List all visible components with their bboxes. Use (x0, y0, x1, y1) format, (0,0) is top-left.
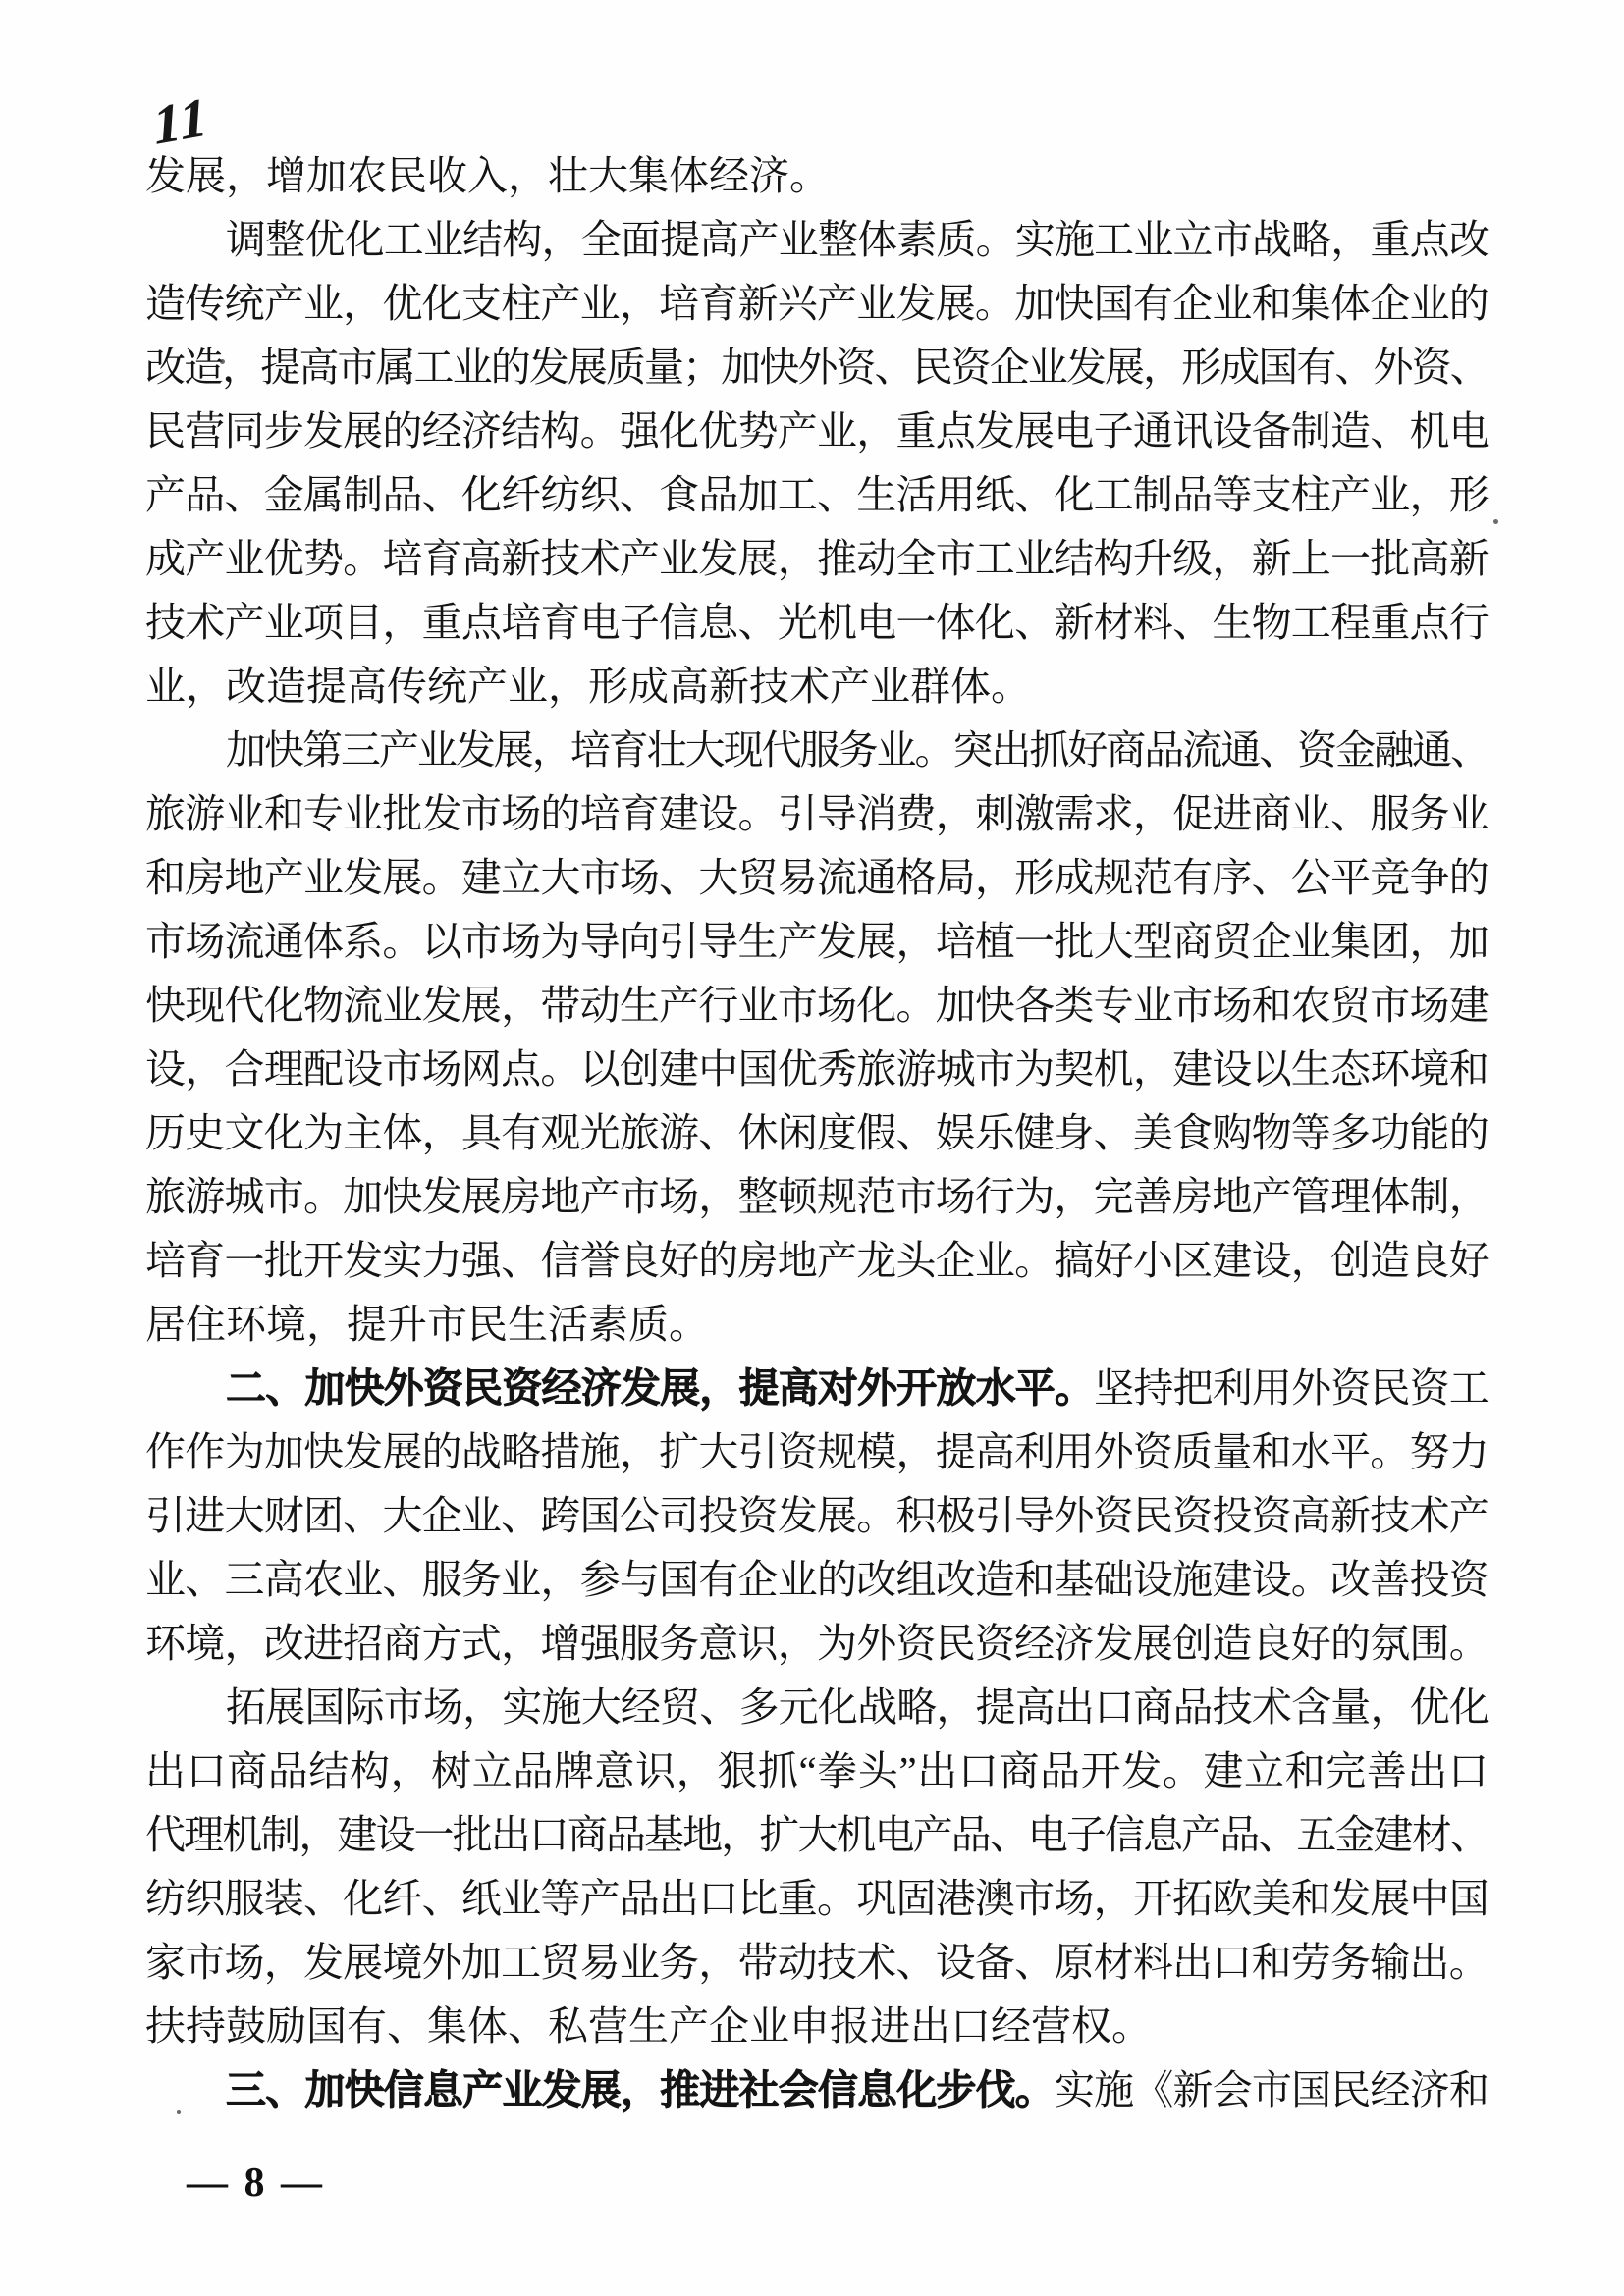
text-line: 出口商品结构，树立品牌意识，狠抓“拳头”出口商品开发。建立和完善出口 (145, 1739, 1489, 1803)
text-line: 纺织服装、化纤、纸业等产品出口比重。巩固港澳市场，开拓欧美和发展中国 (145, 1867, 1489, 1931)
text-line: 业、三高农业、服务业，参与国有企业的改组改造和基础设施建设。改善投资 (145, 1548, 1489, 1612)
document-body: 发展，增加农民收入，壮大集体经济。调整优化工业结构，全面提高产业整体素质。实施工… (145, 144, 1489, 2122)
paragraph: 二、加快外资民资经济发展，提高对外开放水平。坚持把利用外资民资工作作为加快发展的… (145, 1357, 1489, 1676)
text-line: 旅游业和专业批发市场的培育建设。引导消费，刺激需求，促进商业、服务业 (145, 782, 1489, 846)
text-line: 民营同步发展的经济结构。强化优势产业，重点发展电子通讯设备制造、机电 (145, 400, 1489, 463)
text-line: 代理机制，建设一批出口商品基地，扩大机电产品、电子信息产品、五金建材、 (145, 1803, 1489, 1867)
page-number: — 8 — (187, 2160, 325, 2207)
scan-artifact (220, 359, 225, 364)
scan-artifact (1493, 519, 1498, 524)
text-line: 引进大财团、大企业、跨国公司投资发展。积极引导外资民资投资高新技术产 (145, 1484, 1489, 1548)
text-line: 扶持鼓励国有、集体、私营生产企业申报进出口经营权。 (145, 1995, 1489, 2058)
paragraph-indent (145, 1707, 226, 1708)
text-line: 家市场，发展境外加工贸易业务，带动技术、设备、原材料出口和劳务输出。 (145, 1931, 1489, 1995)
text-line: 技术产业项目，重点培育电子信息、光机电一体化、新材料、生物工程重点行 (145, 591, 1489, 655)
text-line: 业，改造提高传统产业，形成高新技术产业群体。 (145, 655, 1489, 719)
text-line: 发展，增加农民收入，壮大集体经济。 (145, 144, 1489, 208)
paragraph-indent (145, 240, 226, 240)
paragraph: 加快第三产业发展，培育壮大现代服务业。突出抓好商品流通、资金融通、旅游业和专业批… (145, 719, 1489, 1357)
text-line: 三、加快信息产业发展，推进社会信息化步伐。实施《新会市国民经济和 (145, 2058, 1489, 2122)
text-line: 培育一批开发实力强、信誉良好的房地产龙头企业。搞好小区建设，创造良好 (145, 1229, 1489, 1293)
paragraph-indent (145, 750, 226, 751)
text-line: 居住环境，提升市民生活素质。 (145, 1293, 1489, 1357)
text-line: 历史文化为主体，具有观光旅游、休闲度假、娱乐健身、美食购物等多功能的 (145, 1101, 1489, 1165)
paragraph: 发展，增加农民收入，壮大集体经济。 (145, 144, 1489, 208)
text-line: 拓展国际市场，实施大经贸、多元化战略，提高出口商品技术含量，优化 (145, 1676, 1489, 1739)
text-line: 造传统产业，优化支柱产业，培育新兴产业发展。加快国有企业和集体企业的 (145, 272, 1489, 336)
paragraph: 拓展国际市场，实施大经贸、多元化战略，提高出口商品技术含量，优化出口商品结构，树… (145, 1676, 1489, 2058)
text-line: 二、加快外资民资经济发展，提高对外开放水平。坚持把利用外资民资工 (145, 1357, 1489, 1420)
text-line: 环境，改进招商方式，增强服务意识，为外资民资经济发展创造良好的氛围。 (145, 1612, 1489, 1676)
document-page: 11 发展，增加农民收入，壮大集体经济。调整优化工业结构，全面提高产业整体素质。… (0, 0, 1624, 2296)
text-line: 成产业优势。培育高新技术产业发展，推动全市工业结构升级，新上一批高新 (145, 527, 1489, 591)
paragraph-indent (145, 2090, 226, 2091)
text-line: 市场流通体系。以市场为导向引导生产发展，培植一批大型商贸企业集团，加 (145, 910, 1489, 974)
text-line: 作作为加快发展的战略措施，扩大引资规模，提高利用外资质量和水平。努力 (145, 1420, 1489, 1484)
text-line: 设，合理配设市场网点。以创建中国优秀旅游城市为契机，建设以生态环境和 (145, 1038, 1489, 1101)
paragraph: 三、加快信息产业发展，推进社会信息化步伐。实施《新会市国民经济和 (145, 2058, 1489, 2122)
text-line: 和房地产业发展。建立大市场、大贸易流通格局，形成规范有序、公平竞争的 (145, 846, 1489, 910)
text-line: 旅游城市。加快发展房地产市场，整顿规范市场行为，完善房地产管理体制， (145, 1165, 1489, 1229)
text-line: 快现代化物流业发展，带动生产行业市场化。加快各类专业市场和农贸市场建 (145, 974, 1489, 1038)
text-line: 加快第三产业发展，培育壮大现代服务业。突出抓好商品流通、资金融通、 (145, 719, 1489, 782)
text-line: 改造，提高市属工业的发展质量；加快外资、民资企业发展，形成国有、外资、 (145, 336, 1489, 400)
paragraph: 调整优化工业结构，全面提高产业整体素质。实施工业立市战略，重点改造传统产业，优化… (145, 208, 1489, 719)
scan-artifact (177, 2110, 181, 2114)
text-line: 调整优化工业结构，全面提高产业整体素质。实施工业立市战略，重点改 (145, 208, 1489, 272)
paragraph-indent (145, 1388, 226, 1389)
text-line: 产品、金属制品、化纤纺织、食品加工、生活用纸、化工制品等支柱产业，形 (145, 463, 1489, 527)
